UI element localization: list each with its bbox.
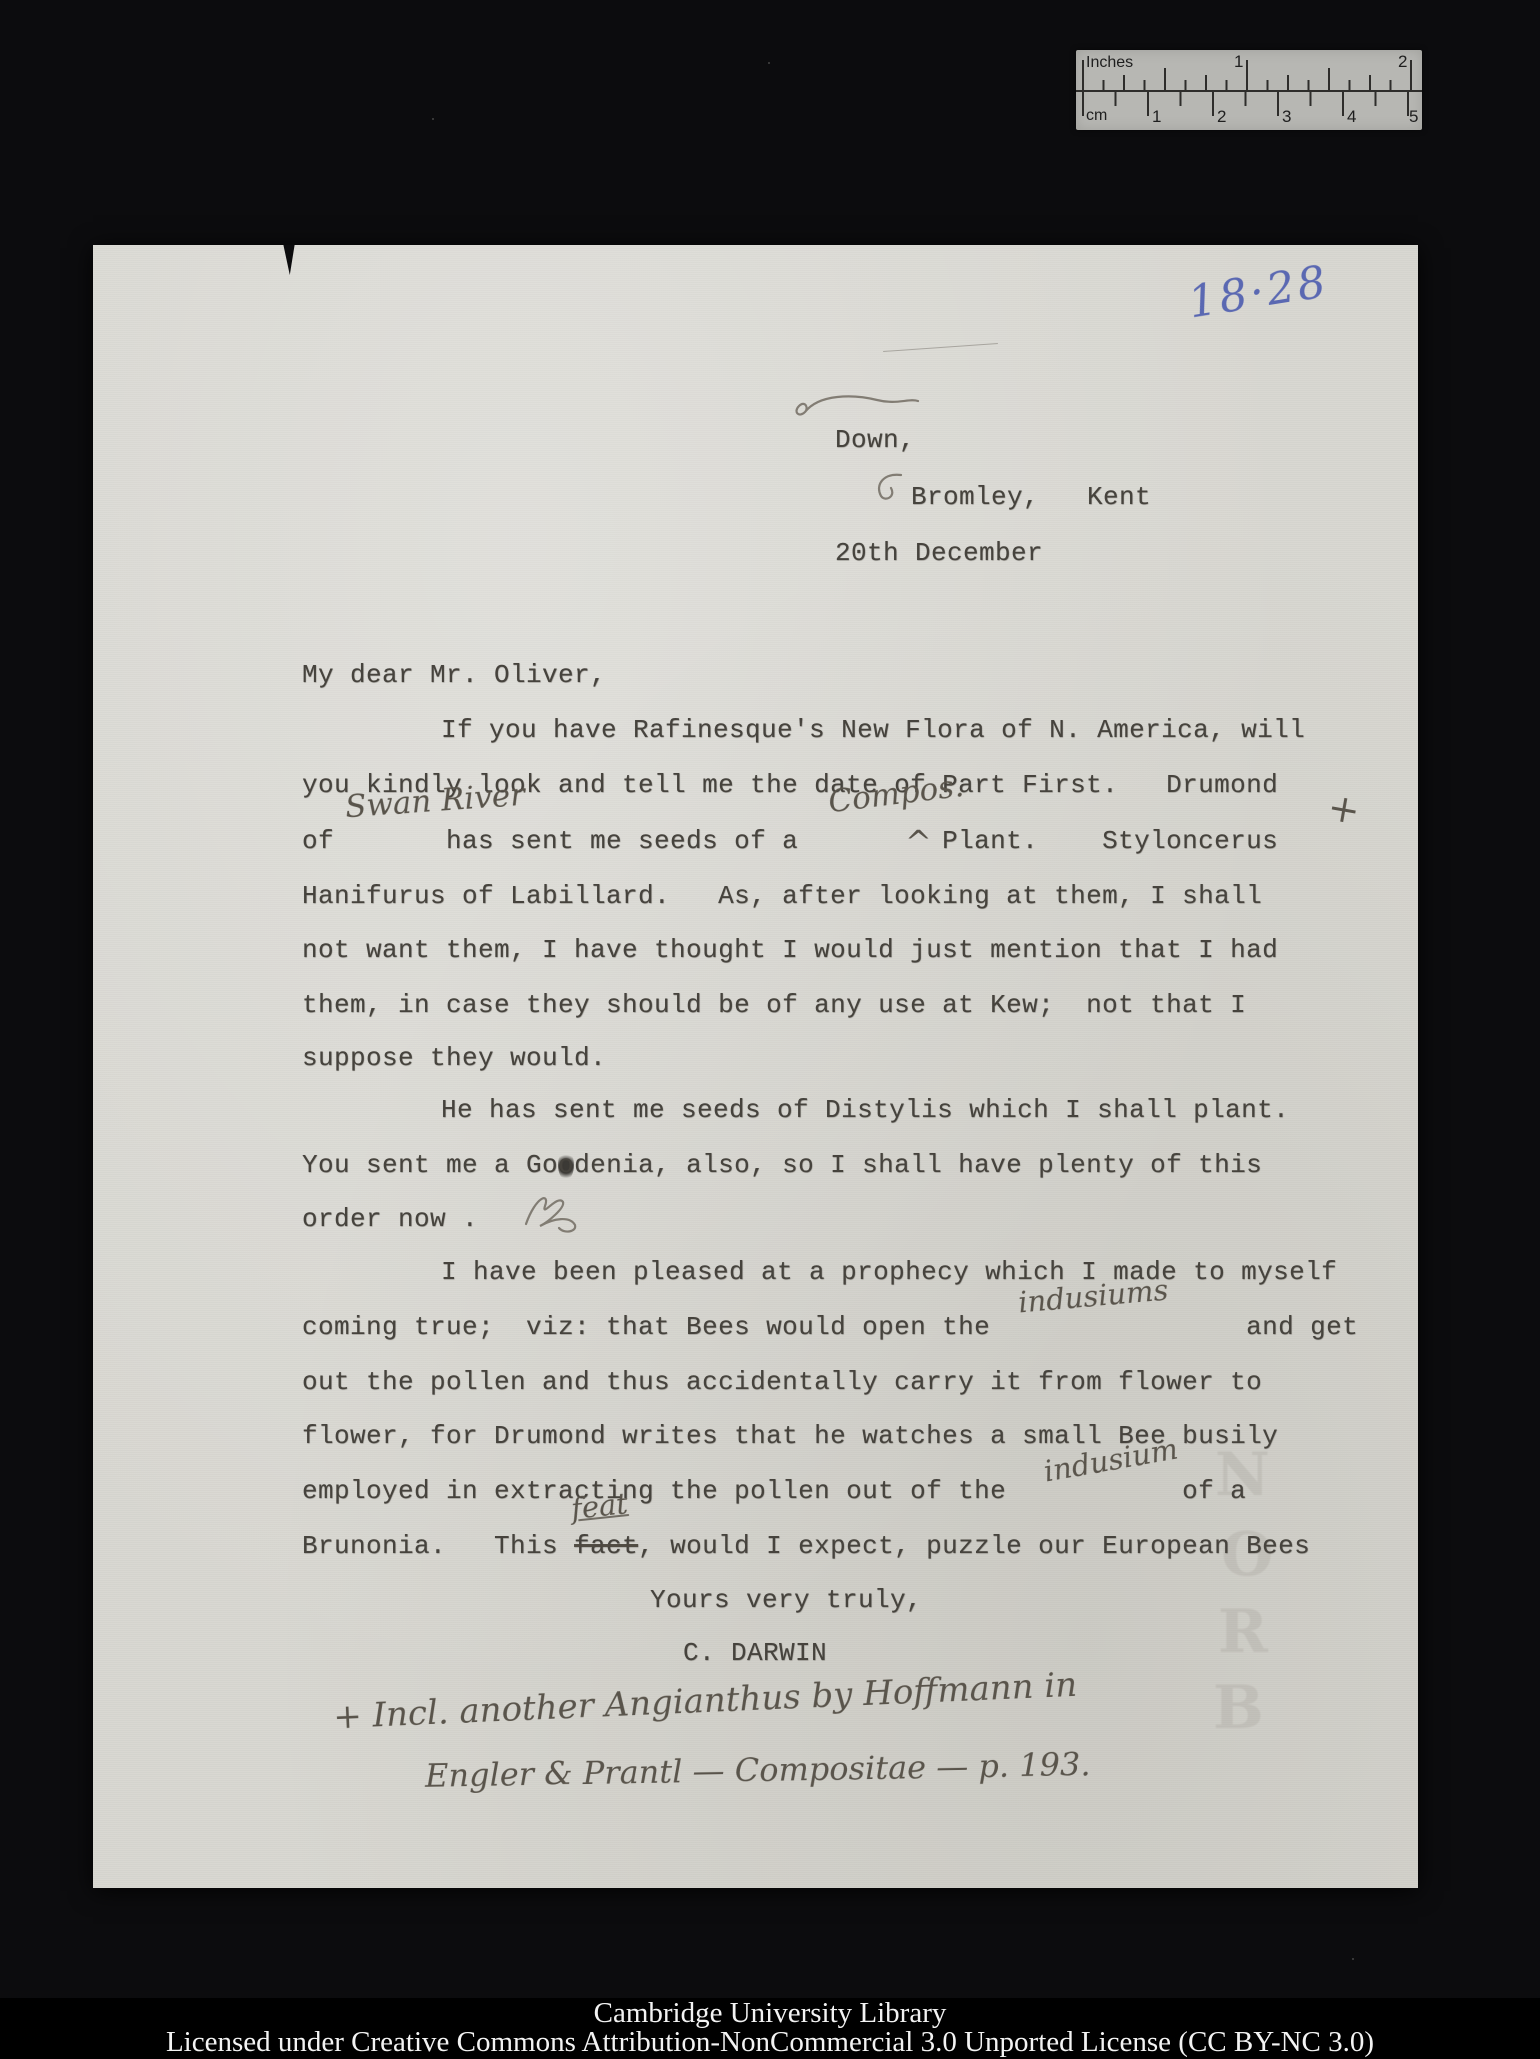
caption-line-2: Licensed under Creative Commons Attribut…	[0, 2027, 1540, 2057]
overstruck-letter: o	[558, 1150, 574, 1180]
letter-line-17: Brunonia. This fact, would I expect, puz…	[302, 1531, 1310, 1561]
letter-closing: Yours very truly,	[650, 1585, 922, 1615]
ruler-cm-number-1: 1	[1152, 107, 1161, 127]
pencil-mark	[871, 471, 907, 503]
handwriting-plus: +	[1324, 785, 1363, 834]
handwriting-postscript-1: + Incl. another Angianthus by Hoffmann i…	[332, 1665, 1077, 1737]
dust-speck	[432, 118, 434, 120]
measurement-ruler: Inches 1 2 cm 1 2 3 4 5	[1076, 50, 1422, 130]
letter-line-17-a: Brunonia. This	[302, 1531, 574, 1561]
ruler-cm-label: cm	[1086, 107, 1107, 125]
letter-line-09: He has sent me seeds of Distylis which I…	[441, 1095, 1289, 1125]
letter-line-05: Hanifurus of Labillard. As, after lookin…	[302, 881, 1262, 911]
scratch-mark	[883, 343, 998, 352]
letter-line-14: out the pollen and thus accidentally car…	[302, 1367, 1262, 1397]
letter-line-16: employed in extracting the pollen out of…	[302, 1476, 1246, 1506]
caption-line-1: Cambridge University Library	[0, 1998, 1540, 2028]
letter-line-17-b: , would I expect, puzzle our European Be…	[638, 1531, 1310, 1561]
pencil-scribble	[518, 1188, 584, 1240]
caption-band: Cambridge University Library Licensed un…	[0, 1998, 1540, 2059]
dust-speck	[768, 62, 770, 64]
archive-number: 18·28	[1185, 256, 1332, 328]
ruler-cm-number-5: 5	[1409, 107, 1418, 127]
ruler-cm-number-2: 2	[1217, 107, 1226, 127]
letter-line-10-b: denia, also, so I shall have plenty of t…	[574, 1150, 1262, 1180]
letter-signature: C. DARWIN	[683, 1638, 827, 1668]
handwriting-postscript-2: Engler & Prantl — Compositae — p. 193.	[425, 1745, 1091, 1795]
letter-line-07: them, in case they should be of any use …	[302, 990, 1246, 1020]
letter-line-02: If you have Rafinesque's New Flora of N.…	[441, 715, 1305, 745]
struck-word: fact	[574, 1531, 638, 1561]
address-line-2: Bromley, Kent	[911, 482, 1151, 512]
address-line-3: 20th December	[835, 538, 1043, 568]
pencil-squiggle	[791, 388, 923, 422]
ruler-cm-number-3: 3	[1282, 107, 1291, 127]
address-line-1: Down,	[835, 425, 915, 455]
letter-line-10: You sent me a Goodenia, also, so I shall…	[302, 1150, 1262, 1180]
ruler-inch-number-2: 2	[1398, 52, 1407, 72]
letter-line-10-a: You sent me a Go	[302, 1150, 558, 1180]
ruler-cm-half-ticks	[1082, 92, 1416, 106]
handwriting-caret: ^	[905, 823, 932, 861]
letter-line-12: I have been pleased at a prophecy which …	[441, 1257, 1337, 1287]
ruler-inch-eighth-ticks	[1082, 80, 1416, 90]
letter-line-04: of has sent me seeds of a Plant. Stylonc…	[302, 826, 1278, 856]
ruler-cm-number-4: 4	[1347, 107, 1356, 127]
letter-line-08: suppose they would.	[302, 1043, 606, 1073]
ruler-inch-number-1: 1	[1234, 52, 1243, 72]
handwriting-feat: feat	[569, 1486, 629, 1526]
letter-line-11: order now .	[302, 1204, 478, 1234]
letter-line-01: My dear Mr. Oliver,	[302, 660, 606, 690]
paper-watermark-letter: R	[1218, 1597, 1268, 1667]
dust-speck	[1352, 1958, 1354, 1960]
photo-background: { "ruler": { "label_top": "Inches", "lab…	[0, 0, 1540, 2059]
letter-line-13: coming true; viz: that Bees would open t…	[302, 1312, 1358, 1342]
letter-page: 18·28 N O R B Down, Bromley, Kent 20th D…	[93, 245, 1418, 1888]
paper-watermark-letter: B	[1213, 1673, 1264, 1743]
letter-line-06: not want them, I have thought I would ju…	[302, 935, 1278, 965]
paper-tear	[281, 245, 297, 275]
